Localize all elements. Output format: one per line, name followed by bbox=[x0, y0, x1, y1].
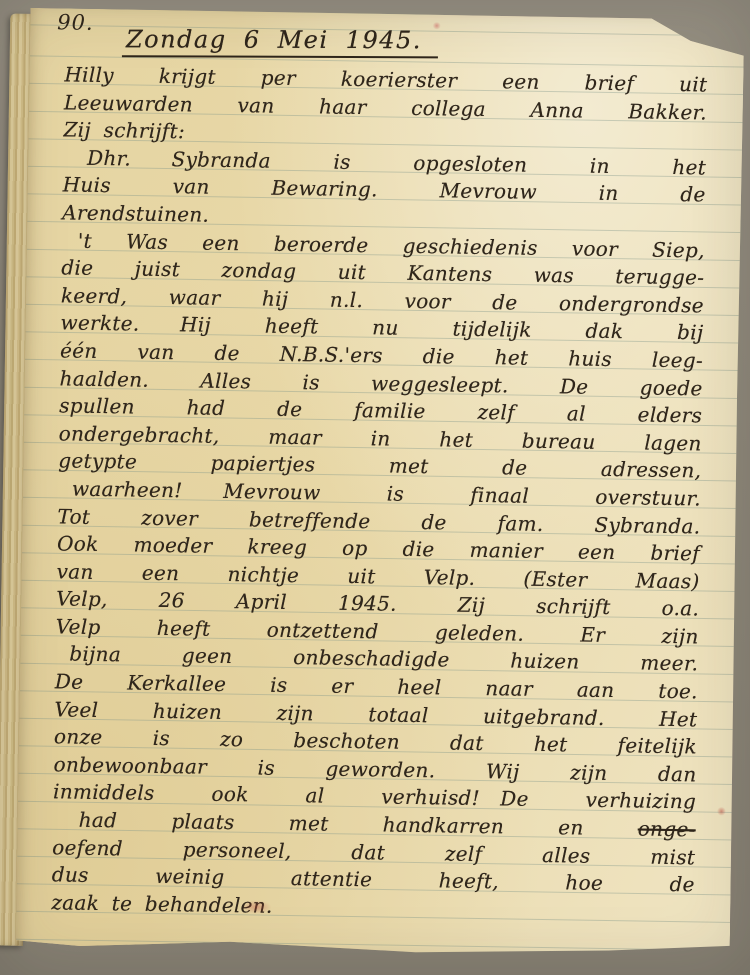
entry-title: Zondag 6 Mei 1945. bbox=[122, 24, 438, 58]
handwriting-lines: Hilly krijgt per koerierster een brief u… bbox=[16, 60, 743, 929]
diary-page: 90. Zondag 6 Mei 1945. Hilly krijgt per … bbox=[16, 8, 745, 961]
scan-background: 90. Zondag 6 Mei 1945. Hilly krijgt per … bbox=[0, 0, 750, 975]
notebook-page: 90. Zondag 6 Mei 1945. Hilly krijgt per … bbox=[0, 8, 744, 961]
page-number: 90. bbox=[57, 10, 94, 35]
struck-word: onge- bbox=[638, 817, 696, 842]
